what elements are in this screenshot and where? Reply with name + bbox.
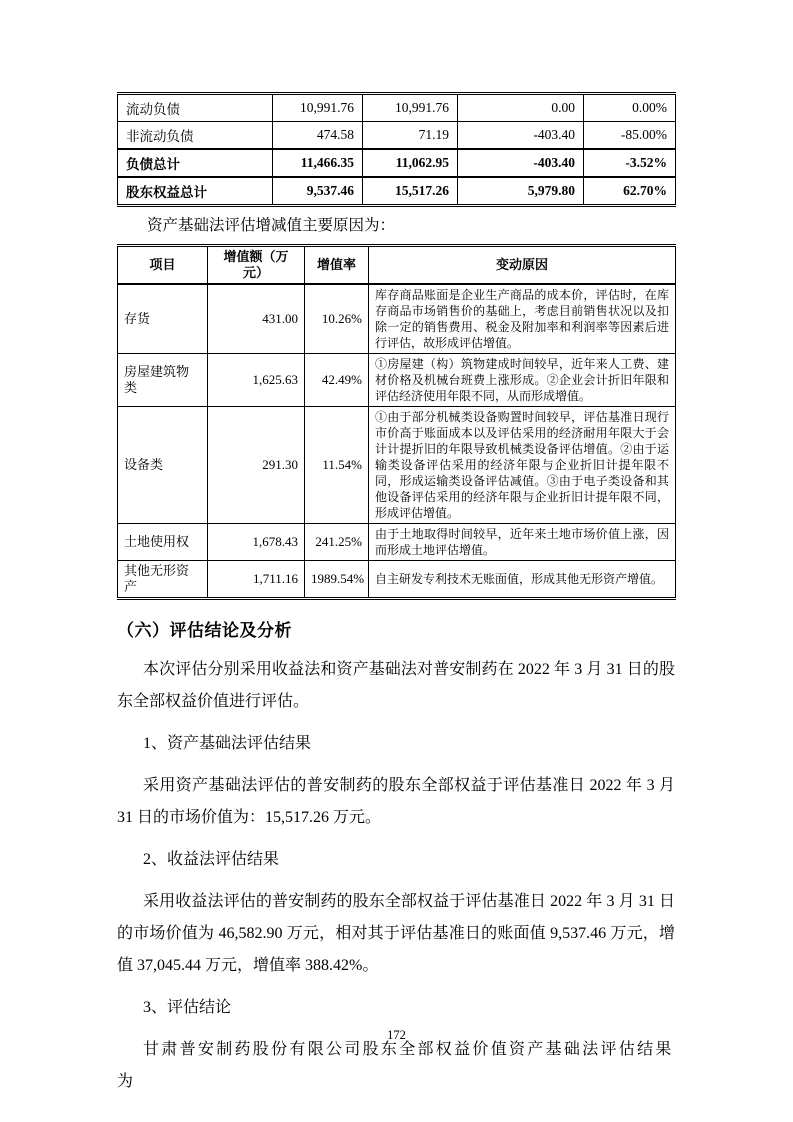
cell-value: 11,466.35 [273,149,363,177]
cell-value: 71.19 [363,122,458,150]
cell-rate: 10.26% [305,284,369,354]
table-row: 设备类 291.30 11.54% ①由于部分机械类设备购置时间较早，评估基准日… [118,407,676,524]
cell-value: 474.58 [273,122,363,150]
cell-item: 存货 [118,284,208,354]
cell-value: 0.00% [584,94,676,122]
cell-amount: 1,678.43 [208,524,305,561]
paragraph-asset-based-result: 采用资产基础法评估的普安制药的股东全部权益于评估基准日 2022 年 3 月 3… [117,770,675,834]
cell-rate: 241.25% [305,524,369,561]
table-row-total: 负债总计 11,466.35 11,062.95 -403.40 -3.52% [118,149,676,177]
cell-amount: 291.30 [208,407,305,524]
row-label: 股东权益总计 [118,177,273,206]
document-page: 流动负债 10,991.76 10,991.76 0.00 0.00% 非流动负… [0,0,793,1122]
cell-value: 10,991.76 [273,94,363,122]
table-row: 其他无形资产 1,711.16 1989.54% 自主研发专利技术无账面值，形成… [118,561,676,599]
cell-item: 土地使用权 [118,524,208,561]
cell-rate: 11.54% [305,407,369,524]
cell-amount: 1,625.63 [208,354,305,407]
table-row: 土地使用权 1,678.43 241.25% 由于土地取得时间较早，近年来土地市… [118,524,676,561]
table-row: 非流动负债 474.58 71.19 -403.40 -85.00% [118,122,676,150]
increment-reasons-table: 项目 增值额（万元） 增值率 变动原因 存货 431.00 10.26% 库存商… [117,244,676,600]
header-reason: 变动原因 [369,246,676,285]
subitem-title-income-approach: 2、收益法评估结果 [117,844,675,876]
cell-rate: 42.49% [305,354,369,407]
cell-value: -3.52% [584,149,676,177]
cell-amount: 1,711.16 [208,561,305,599]
cell-item: 设备类 [118,407,208,524]
cell-item: 其他无形资产 [118,561,208,599]
cell-value: 9,537.46 [273,177,363,206]
table-row: 流动负债 10,991.76 10,991.76 0.00 0.00% [118,94,676,122]
cell-value: 0.00 [458,94,584,122]
paragraph-overview: 本次评估分别采用收益法和资产基础法对普安制药在 2022 年 3 月 31 日的… [117,654,675,718]
intro-text: 资产基础法评估增减值主要原因为： [117,216,675,236]
cell-item: 房屋建筑物类 [118,354,208,407]
header-item: 项目 [118,246,208,285]
liabilities-equity-table: 流动负债 10,991.76 10,991.76 0.00 0.00% 非流动负… [117,92,676,207]
cell-reason: ①由于部分机械类设备购置时间较早，评估基准日现行市价高于账面成本以及评估采用的经… [369,407,676,524]
row-label: 非流动负债 [118,122,273,150]
cell-reason: ①房屋建（构）筑物建成时间较早，近年来人工费、建材价格及机械台班费上涨形成。②企… [369,354,676,407]
cell-value: 11,062.95 [363,149,458,177]
row-label: 负债总计 [118,149,273,177]
table-header-row: 项目 增值额（万元） 增值率 变动原因 [118,246,676,285]
table-row-total: 股东权益总计 9,537.46 15,517.26 5,979.80 62.70… [118,177,676,206]
subitem-title-conclusion: 3、评估结论 [117,992,675,1024]
cell-reason: 库存商品账面是企业生产商品的成本价，评估时，在库存商品市场销售价的基础上，考虑目… [369,284,676,354]
section-heading: （六）评估结论及分析 [117,618,675,644]
header-rate: 增值率 [305,246,369,285]
subitem-title-asset-based: 1、资产基础法评估结果 [117,728,675,760]
table-row: 房屋建筑物类 1,625.63 42.49% ①房屋建（构）筑物建成时间较早，近… [118,354,676,407]
paragraph-conclusion: 甘肃普安制药股份有限公司股东全部权益价值资产基础法评估结果为 [117,1034,675,1098]
cell-value: -85.00% [584,122,676,150]
page-number: 172 [0,1028,793,1043]
header-amount: 增值额（万元） [208,246,305,285]
cell-value: -403.40 [458,149,584,177]
cell-value: -403.40 [458,122,584,150]
cell-value: 5,979.80 [458,177,584,206]
row-label: 流动负债 [118,94,273,122]
cell-value: 10,991.76 [363,94,458,122]
paragraph-income-approach-result: 采用收益法评估的普安制药的股东全部权益于评估基准日 2022 年 3 月 31 … [117,886,675,982]
cell-reason: 自主研发专利技术无账面值，形成其他无形资产增值。 [369,561,676,599]
cell-value: 15,517.26 [363,177,458,206]
cell-value: 62.70% [584,177,676,206]
cell-amount: 431.00 [208,284,305,354]
cell-reason: 由于土地取得时间较早，近年来土地市场价值上涨，因而形成土地评估增值。 [369,524,676,561]
cell-rate: 1989.54% [305,561,369,599]
table-row: 存货 431.00 10.26% 库存商品账面是企业生产商品的成本价，评估时，在… [118,284,676,354]
